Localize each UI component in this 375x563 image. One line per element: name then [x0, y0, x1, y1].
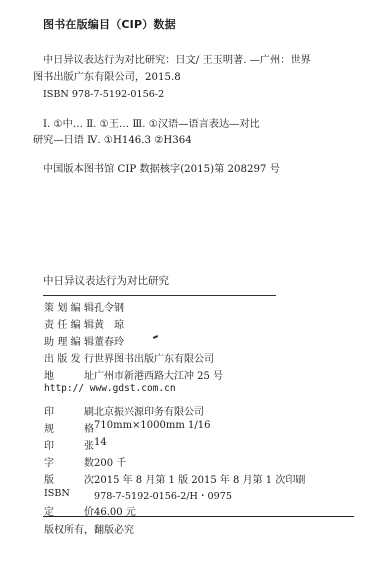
credit-value: 世界图书出版广东有限公司	[94, 350, 214, 365]
book-title: 中日异议表达行为对比研究	[43, 273, 169, 288]
credit-value: 董春玲	[94, 333, 124, 348]
spec-row-format: 规 格 710mm×1000mm 1/16	[44, 420, 210, 435]
bottom-divider	[43, 516, 354, 517]
credit-value: 孔令钢	[94, 299, 124, 314]
spec-value: 710mm×1000mm 1/16	[94, 420, 210, 435]
credit-label: 地 址	[44, 367, 94, 382]
spec-label: 版 次	[44, 471, 94, 486]
spec-value: 14	[94, 437, 107, 452]
credit-row-responsible-editor: 责任编辑 黄 琼	[44, 316, 124, 331]
cip-classification-line2: 研究—日语 Ⅳ. ①H146.3 ②H364	[33, 134, 192, 148]
spec-value: 北京振兴源印务有限公司	[94, 403, 204, 418]
spec-row-word-count: 字 数 200 千	[44, 454, 126, 469]
spec-row-edition: 版 次 2015 年 8 月第 1 版 2015 年 8 月第 1 次印刷	[44, 471, 305, 486]
scan-speck	[153, 335, 158, 339]
top-divider	[43, 295, 276, 296]
cip-heading: 图书在版编目（CIP）数据	[43, 16, 176, 32]
spec-label: 印 张	[44, 437, 94, 452]
spec-value: 200 千	[94, 454, 126, 469]
spec-row-printer: 印 刷 北京振兴源印务有限公司	[44, 403, 204, 418]
spec-row-isbn: ISBN 978-7-5192-0156-2/H・0975	[44, 488, 232, 502]
spec-label: 印 刷	[44, 403, 94, 418]
copyright-notice: 版权所有，翻版必究	[44, 521, 134, 536]
credit-row-assistant-editor: 助理编辑 董春玲	[44, 333, 124, 348]
publisher-url: http:// www.gdst.com.cn	[44, 383, 176, 394]
spec-label: 字 数	[44, 454, 94, 469]
credit-label: 助理编辑	[44, 333, 94, 348]
credit-row-address: 地 址 广州市新港西路大江冲 25 号	[44, 367, 223, 382]
credit-label: 策划编辑	[44, 299, 94, 314]
spec-row-sheets: 印 张 14	[44, 437, 107, 452]
cip-classification-line1: Ⅰ. ①中… Ⅱ. ①王… Ⅲ. ①汉语—语言表达—对比	[43, 118, 260, 132]
isbn-value: 978-7-5192-0156-2/H・0975	[94, 488, 232, 502]
credit-row-planning-editor: 策划编辑 孔令钢	[44, 299, 124, 314]
cip-isbn: ISBN 978-7-5192-0156-2	[43, 88, 164, 102]
spec-label: 规 格	[44, 420, 94, 435]
cip-description-line2: 图书出版广东有限公司，2015.8	[33, 71, 181, 85]
isbn-label: ISBN	[44, 488, 94, 502]
credit-value: 广州市新港西路大江冲 25 号	[94, 367, 223, 382]
credit-row-publisher: 出版发行 世界图书出版广东有限公司	[44, 350, 214, 365]
credit-value: 黄 琼	[94, 316, 124, 331]
cip-description-line1: 中日异议表达行为对比研究：日文/ 王玉明著. —广州：世界	[43, 54, 311, 68]
credit-label: 责任编辑	[44, 316, 94, 331]
cip-number: 中国版本图书馆 CIP 数据核字(2015)第 208297 号	[43, 163, 280, 177]
credit-label: 出版发行	[44, 350, 94, 365]
spec-value: 2015 年 8 月第 1 版 2015 年 8 月第 1 次印刷	[94, 471, 305, 486]
